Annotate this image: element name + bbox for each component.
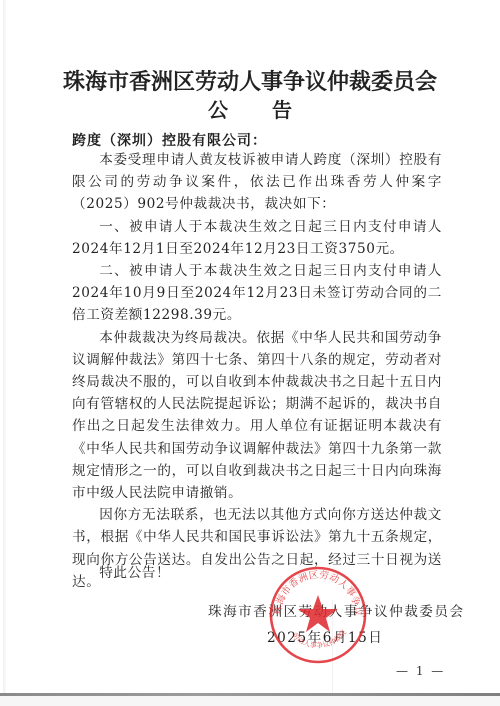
paragraph-case-intro: 本委受理申请人黄友枝诉被申请人跨度（深圳）控股有限公司的劳动争议案件，依法已作出… — [72, 149, 442, 216]
subtitle-char-1: 公 — [208, 94, 228, 123]
paragraph-final-ruling: 本仲裁裁决为终局裁决。依据《中华人民共和国劳动争议调解仲裁法》第四十七条、第四十… — [72, 327, 442, 505]
notice-body: 本委受理申请人黄友枝诉被申请人跨度（深圳）控股有限公司的劳动争议案件，依法已作出… — [72, 149, 442, 593]
addressee: 跨度（深圳）控股有限公司： — [72, 130, 267, 150]
closing-statement: 特此公告！ — [72, 561, 170, 581]
paragraph-ruling-2: 二、被申请人于本裁决生效之日起三日内支付申请人2024年10月9日至2024年1… — [72, 260, 442, 327]
scan-background — [0, 696, 500, 706]
svg-text:劳动人事争议仲裁院: 劳动人事争议仲裁院 — [290, 628, 348, 650]
page-number: — 1 — — [396, 664, 445, 678]
document-title: 珠海市香洲区劳动人事争议仲裁委员会 — [0, 65, 500, 96]
official-seal-icon: 珠海市香洲区劳动人事争议仲裁委员会 劳动人事争议仲裁院 — [268, 565, 368, 665]
paragraph-ruling-1: 一、被申请人于本裁决生效之日起三日内支付申请人2024年12月1日至2024年1… — [72, 216, 442, 260]
subtitle-char-2: 告 — [272, 94, 292, 123]
document-subtitle: 公告 — [0, 94, 500, 123]
